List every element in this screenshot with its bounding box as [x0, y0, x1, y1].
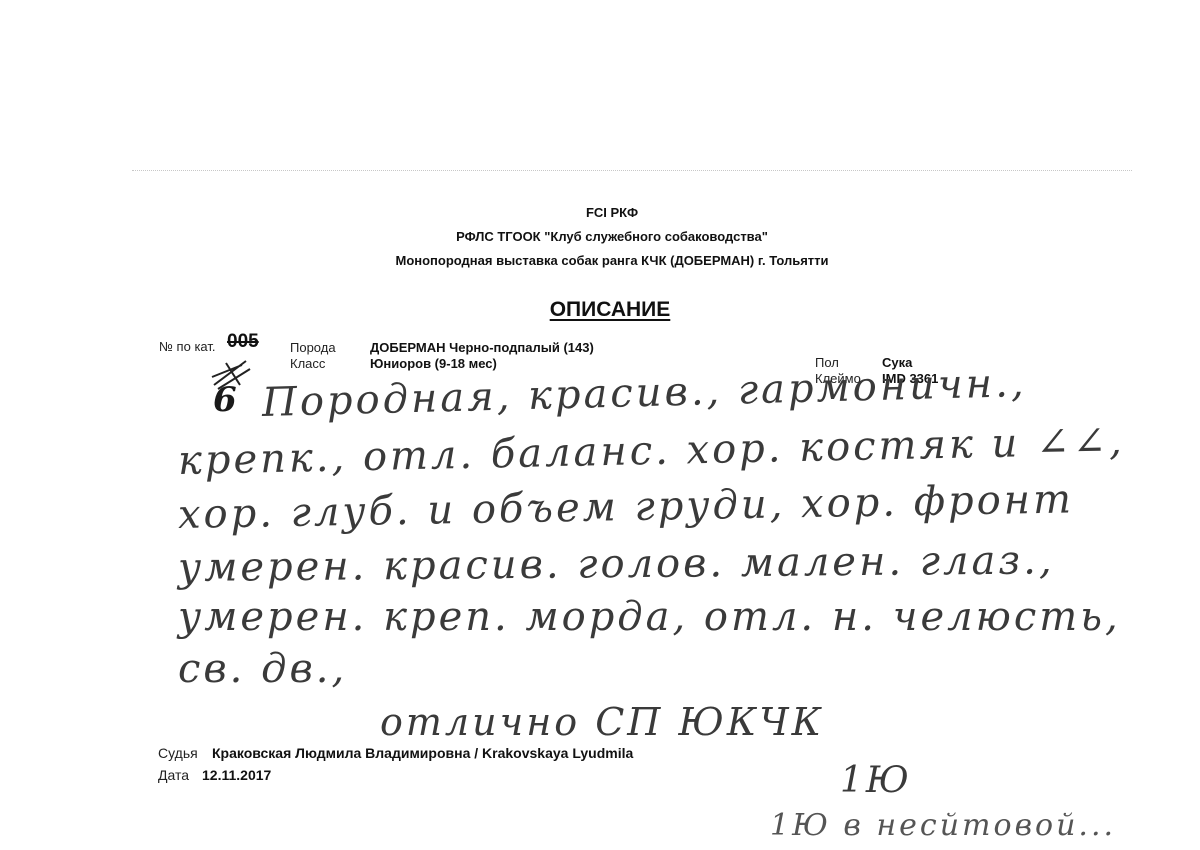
catalog-number-struck: 005	[227, 331, 259, 353]
handwritten-description-line: умерен. красив. голов. мален. глаз.,	[178, 537, 1055, 591]
date-value: 12.11.2017	[202, 767, 271, 783]
handwritten-catalog-number: 6	[213, 383, 237, 417]
handwritten-grade: отлично СП ЮКЧК	[380, 700, 824, 744]
judge-name: Краковская Людмила Владимировна / Krakov…	[212, 745, 633, 761]
handwritten-description-line: св. дв.,	[178, 646, 347, 692]
breed-value: ДОБЕРМАН Черно-подпалый (143)	[370, 340, 594, 355]
handwritten-best-award: 1Ю в несйтовой...	[770, 808, 1116, 843]
class-value: Юниоров (9-18 мес)	[370, 356, 497, 371]
catalog-number-label: № по кат.	[159, 339, 215, 354]
handwritten-placement: 1Ю	[840, 760, 912, 801]
breed-label: Порода	[290, 340, 336, 355]
date-label: Дата	[158, 767, 189, 783]
scan-edge-line	[132, 170, 1132, 171]
document-title: ОПИСАНИЕ	[0, 298, 1200, 322]
class-label: Класс	[290, 356, 325, 371]
organization-header: РФЛС ТГООК "Клуб служебного собаководств…	[12, 229, 1200, 244]
handwritten-description-line: хор. глуб. и объем груди, хор. фронт	[178, 476, 1075, 538]
handwritten-description-line: умерен. креп. морда, отл. н. челюсть,	[178, 594, 1121, 640]
judge-label: Судья	[158, 745, 198, 761]
handwritten-description-line: крепк., отл. баланс. хор. костяк и ∠∠,	[178, 418, 1126, 484]
federation-header: FCI РКФ	[12, 205, 1200, 220]
show-header: Монопородная выставка собак ранга КЧК (Д…	[12, 253, 1200, 268]
